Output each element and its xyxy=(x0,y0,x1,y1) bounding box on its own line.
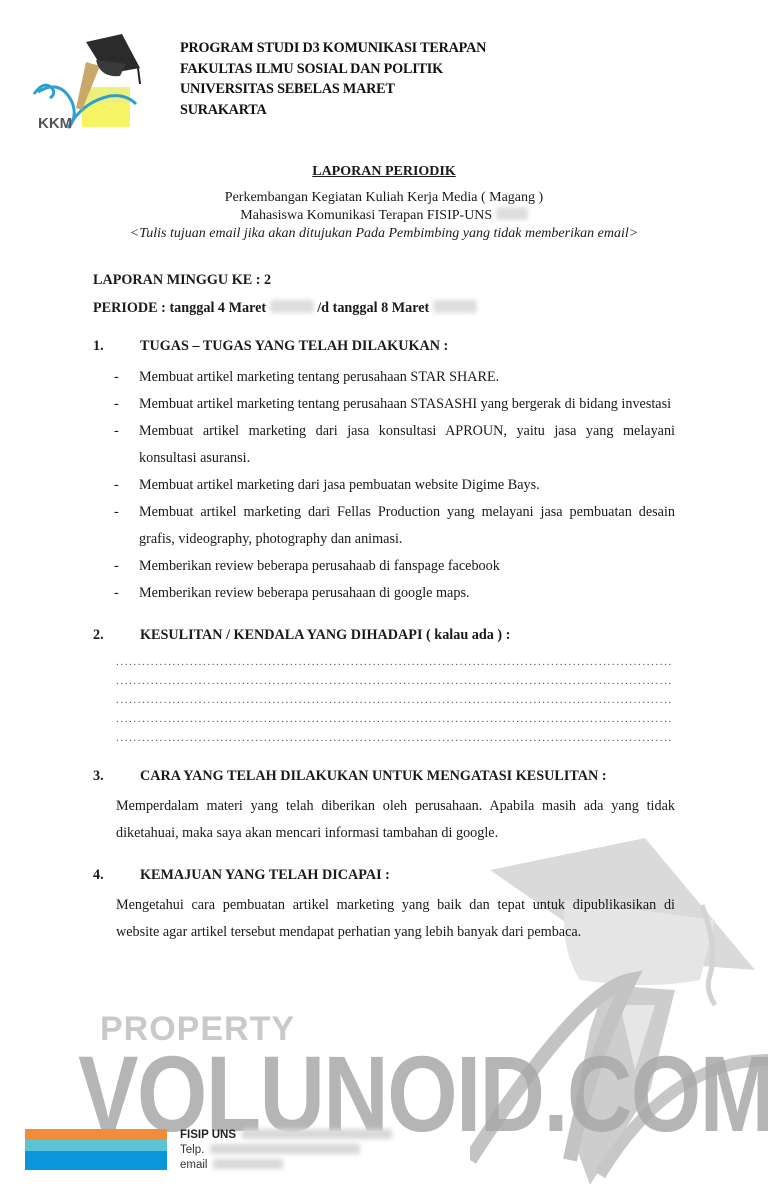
section-heading: KESULITAN / KENDALA YANG DIHADAPI ( kala… xyxy=(140,625,510,645)
email-note: <Tulis tujuan email jika akan ditujukan … xyxy=(0,225,768,243)
watermark-property: PROPERTY xyxy=(100,1010,295,1049)
institution-line: UNIVERSITAS SEBELAS MARET xyxy=(180,79,486,100)
section-paragraph: Memperdalam materi yang telah diberikan … xyxy=(116,793,675,847)
redacted-email xyxy=(213,1159,283,1169)
dotted-line: ........................................… xyxy=(116,691,673,710)
list-item: -Membuat artikel marketing dari Fellas P… xyxy=(114,499,675,553)
period-label: PERIODE : tanggal 4 Maret /d tanggal 8 M… xyxy=(93,298,675,318)
title-block: LAPORAN PERIODIK Perkembangan Kegiatan K… xyxy=(0,162,768,243)
svg-text:KKM: KKM xyxy=(38,115,72,132)
dotted-line: ........................................… xyxy=(116,729,673,748)
report-body: LAPORAN MINGGU KE : 2 PERIODE : tanggal … xyxy=(93,270,675,946)
section-heading: TUGAS – TUGAS YANG TELAH DILAKUKAN : xyxy=(140,336,448,356)
document-subtitle: Perkembangan Kegiatan Kuliah Kerja Media… xyxy=(0,189,768,207)
footer-org: FISIP UNS xyxy=(180,1129,236,1141)
institution-line: FAKULTAS ILMU SOSIAL DAN POLITIK xyxy=(180,59,486,80)
bar-orange xyxy=(25,1129,167,1140)
dotted-line: ........................................… xyxy=(116,710,673,729)
footer-color-bars xyxy=(25,1129,167,1170)
footer-contact: FISIP UNS Telp. email xyxy=(180,1128,392,1173)
document-subtitle-2: Mahasiswa Komunikasi Terapan FISIP-UNS xyxy=(0,207,768,225)
list-item: -Memberikan review beberapa perusahaab d… xyxy=(114,553,675,580)
institution-line: SURAKARTA xyxy=(180,100,486,121)
section-heading: KEMAJUAN YANG TELAH DICAPAI : xyxy=(140,865,390,885)
dotted-fill-lines: ........................................… xyxy=(116,653,673,748)
dotted-line: ........................................… xyxy=(116,672,673,691)
task-list: -Membuat artikel marketing tentang perus… xyxy=(114,364,675,607)
bar-blue xyxy=(25,1151,167,1170)
bar-teal xyxy=(25,1140,167,1151)
footer-email-label: email xyxy=(180,1159,207,1171)
redacted-phone xyxy=(210,1144,360,1154)
list-item: -Memberikan review beberapa perusahaan d… xyxy=(114,580,675,607)
redacted-address xyxy=(242,1129,392,1139)
section-tasks: 1.TUGAS – TUGAS YANG TELAH DILAKUKAN : -… xyxy=(93,336,675,607)
kkm-logo-icon: KKM xyxy=(30,32,145,132)
section-difficulties: 2.KESULITAN / KENDALA YANG DIHADAPI ( ka… xyxy=(93,625,675,748)
redacted-year xyxy=(496,207,528,220)
week-label: LAPORAN MINGGU KE : 2 xyxy=(93,270,675,290)
list-item: -Membuat artikel marketing tentang perus… xyxy=(114,391,675,418)
institution-line: PROGRAM STUDI D3 KOMUNIKASI TERAPAN xyxy=(180,38,486,59)
list-item: -Membuat artikel marketing tentang perus… xyxy=(114,364,675,391)
document-title: LAPORAN PERIODIK xyxy=(0,162,768,182)
section-solutions: 3.CARA YANG TELAH DILAKUKAN UNTUK MENGAT… xyxy=(93,766,675,847)
institution-header: PROGRAM STUDI D3 KOMUNIKASI TERAPAN FAKU… xyxy=(180,38,486,120)
redacted-year xyxy=(270,300,314,313)
list-item: -Membuat artikel marketing dari jasa kon… xyxy=(114,418,675,472)
redacted-year xyxy=(433,300,477,313)
section-progress: 4.KEMAJUAN YANG TELAH DICAPAI : Mengetah… xyxy=(93,865,675,946)
dotted-line: ........................................… xyxy=(116,653,673,672)
section-heading: CARA YANG TELAH DILAKUKAN UNTUK MENGATAS… xyxy=(140,766,607,786)
section-paragraph: Mengetahui cara pembuatan artikel market… xyxy=(116,892,675,946)
footer-telp-label: Telp. xyxy=(180,1144,204,1156)
list-item: -Membuat artikel marketing dari jasa pem… xyxy=(114,472,675,499)
